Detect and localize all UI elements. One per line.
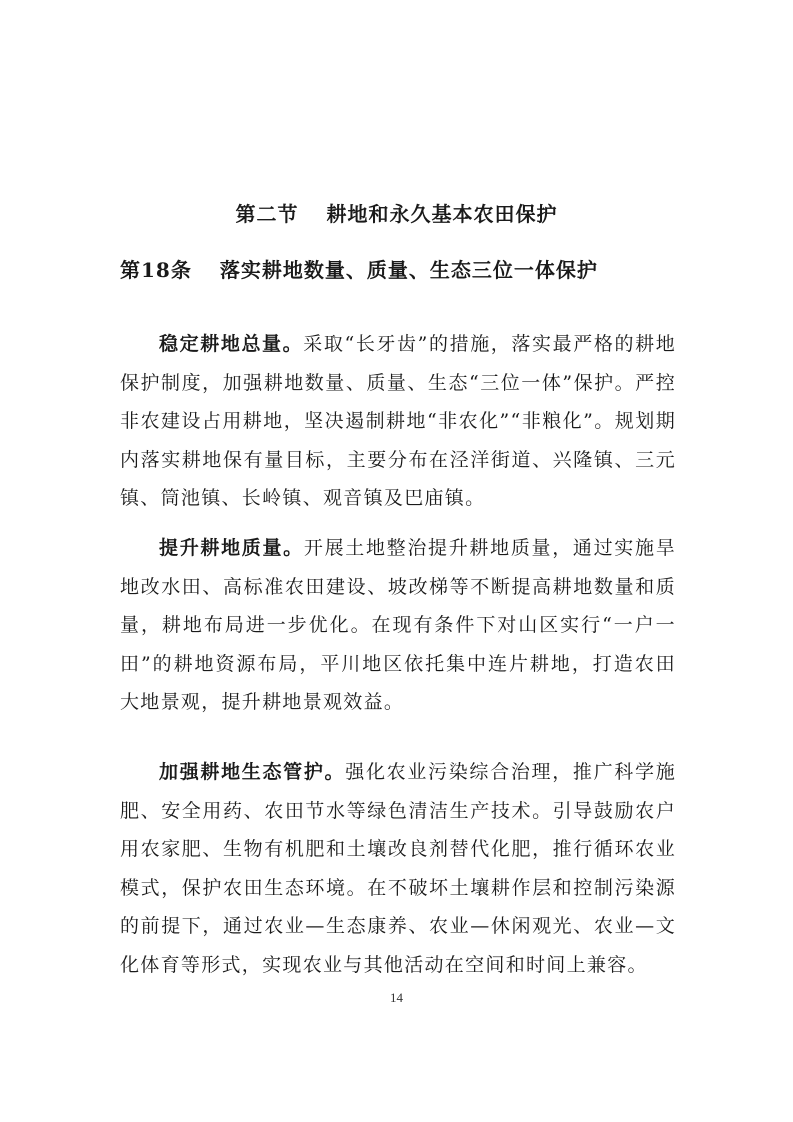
paragraph-improve-quality: 提升耕地质量。开展土地整治提升耕地质量，通过实施旱地改水田、高标准农田建设、坡改… [120,529,676,722]
article-heading: 第18条落实耕地数量、质量、生态三位一体保护 [120,256,598,284]
paragraph-body: 开展土地整治提升耕地质量，通过实施旱地改水田、高标准农田建设、坡改梯等不断提高耕… [120,537,676,713]
article-title: 落实耕地数量、质量、生态三位一体保护 [220,258,598,282]
paragraph-lead: 稳定耕地总量。 [159,333,303,355]
paragraph-lead: 加强耕地生态管护。 [159,761,345,783]
section-heading: 第二节耕地和永久基本农田保护 [0,200,793,228]
paragraph-body: 强化农业污染综合治理，推广科学施肥、安全用药、农田节水等绿色清洁生产技术。引导鼓… [120,761,676,976]
paragraph-stabilize-farmland: 稳定耕地总量。采取“长牙齿”的措施，落实最严格的耕地保护制度，加强耕地数量、质量… [120,325,676,518]
document-page: 第二节耕地和永久基本农田保护 第18条落实耕地数量、质量、生态三位一体保护 稳定… [0,0,793,1122]
page-number: 14 [0,990,793,1006]
paragraph-body: 采取“长牙齿”的措施，落实最严格的耕地保护制度，加强耕地数量、质量、生态“三位一… [120,333,676,509]
paragraph-lead: 提升耕地质量。 [159,537,304,559]
paragraph-ecological-protection: 加强耕地生态管护。强化农业污染综合治理，推广科学施肥、安全用药、农田节水等绿色清… [120,753,676,984]
section-number: 第二节 [236,202,299,226]
article-number: 第18条 [120,258,192,282]
section-title: 耕地和永久基本农田保护 [327,202,558,226]
